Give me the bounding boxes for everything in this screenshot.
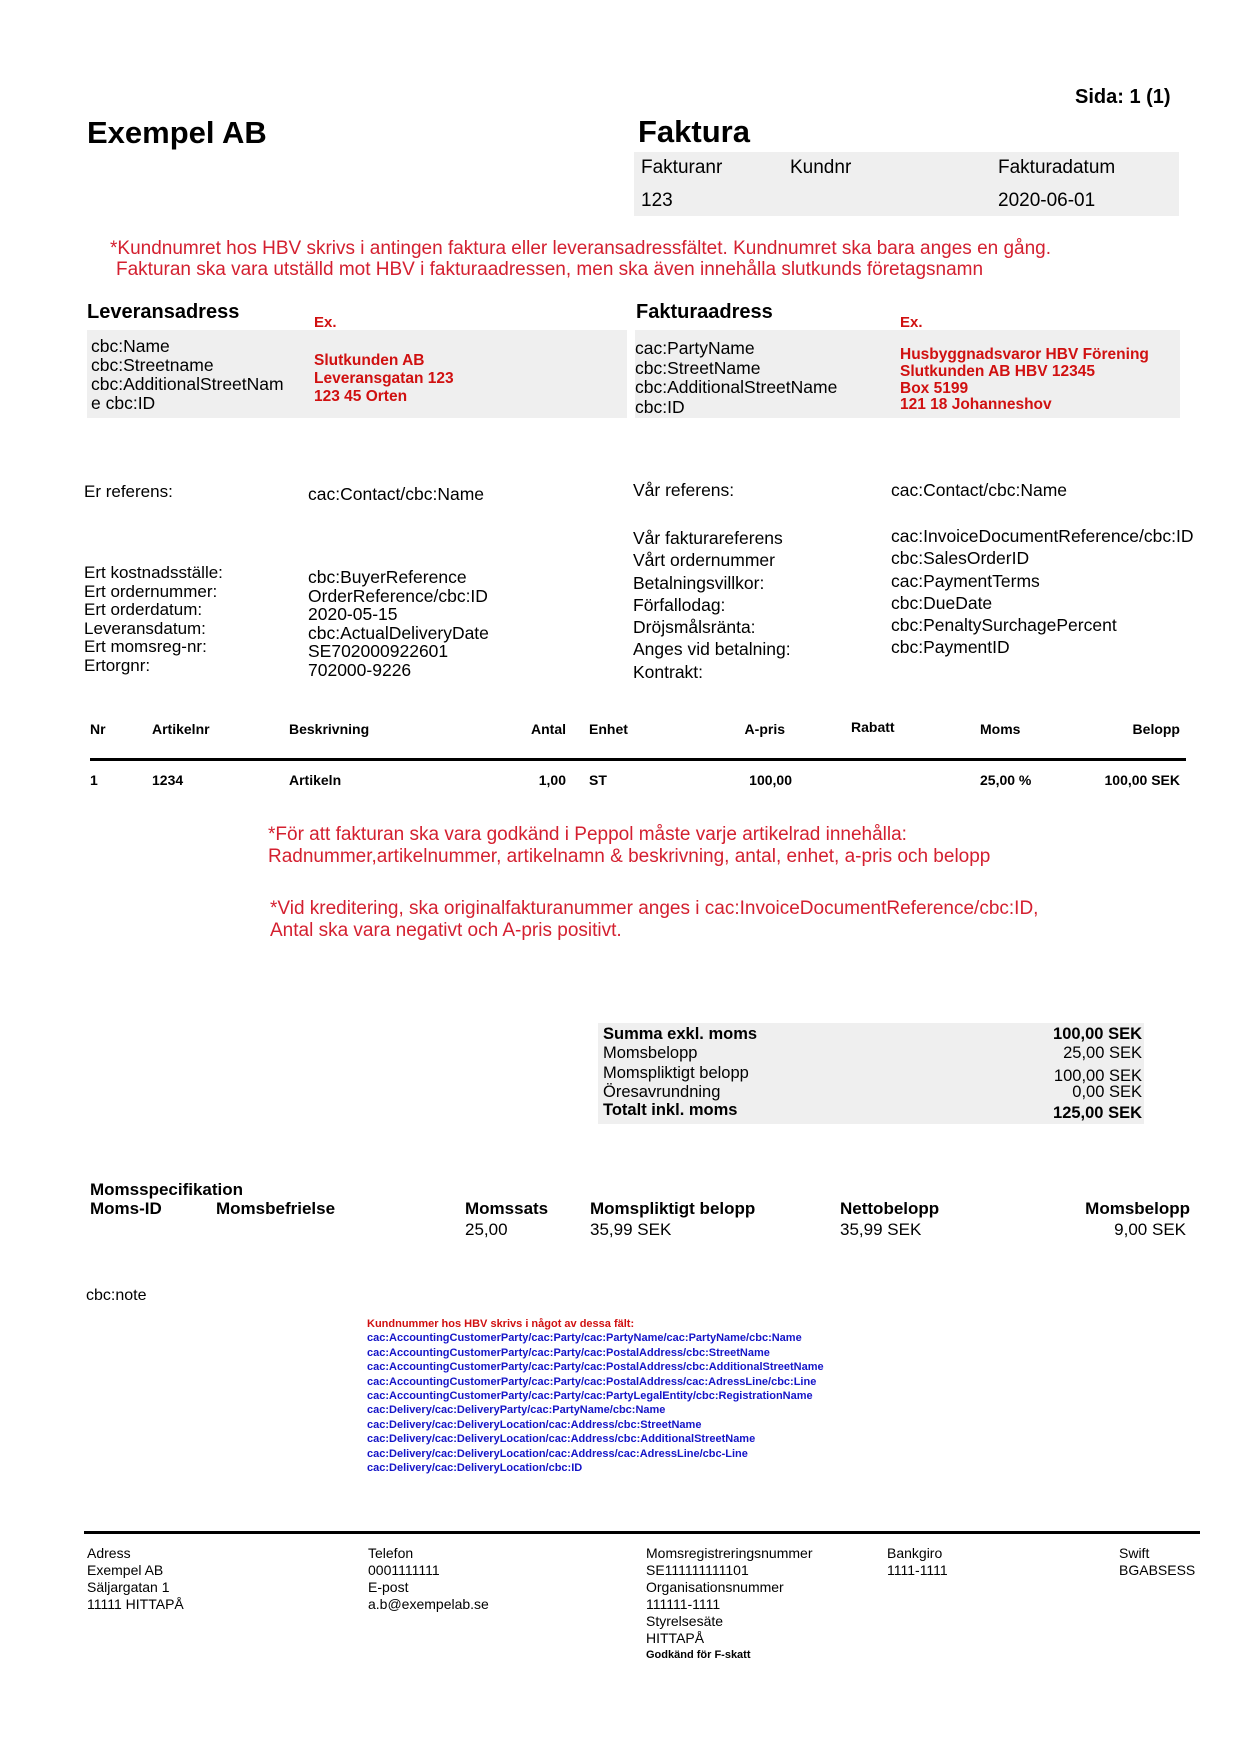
footer-registration: Momsregistreringsnummer SE111111111101 O… — [646, 1545, 812, 1664]
footer-email-link[interactable]: a.b@exempelab.se — [368, 1596, 489, 1613]
totals-value: 25,00 SEK — [1063, 1044, 1142, 1063]
delivery-address-fields: cbc:Name cbc:Streetname cbc:AdditionalSt… — [91, 337, 284, 413]
col-article-no: Artikelnr — [152, 721, 210, 737]
invoice-address-title: Fakturaadress — [636, 301, 773, 324]
totals-value: 100,00 SEK — [1053, 1025, 1142, 1044]
list-item: cac:Delivery/cac:DeliveryLocation/cac:Ad… — [367, 1447, 824, 1461]
col-vat: Moms — [980, 721, 1020, 737]
list-item: cac:AccountingCustomerParty/cac:Party/ca… — [367, 1360, 824, 1374]
list-item: cac:Delivery/cac:DeliveryLocation/cac:Ad… — [367, 1432, 824, 1446]
table-header-rule — [90, 758, 1186, 761]
totals-label: Momspliktigt belopp — [603, 1064, 749, 1083]
list-item: cac:AccountingCustomerParty/cac:Party/ca… — [367, 1389, 824, 1403]
totals-label: Totalt inkl. moms — [603, 1101, 737, 1120]
credit-notice: *Vid kreditering, ska originalfakturanum… — [270, 898, 1038, 942]
delivery-address-title: Leveransadress — [87, 301, 239, 324]
seller-reference-values: cac:InvoiceDocumentReference/cbc:ID cbc:… — [891, 525, 1194, 659]
vat-spec-title: Momsspecifikation — [90, 1180, 243, 1200]
buyer-reference-values: cbc:BuyerReference OrderReference/cbc:ID… — [308, 568, 489, 679]
invoice-example-label: Ex. — [900, 314, 923, 331]
your-reference-value: cac:Contact/cbc:Name — [308, 484, 484, 505]
hbv-field-list: Kundnummer hos HBV skrivs i något av des… — [367, 1317, 824, 1475]
footer-bankgiro: Bankgiro 1111-1111 — [887, 1545, 948, 1579]
col-description: Beskrivning — [289, 721, 369, 737]
col-quantity: Antal — [526, 721, 566, 737]
list-item: cac:Delivery/cac:DeliveryLocation/cac:Ad… — [367, 1418, 824, 1432]
totals-value: 0,00 SEK — [1072, 1083, 1142, 1102]
invoice-number-label: Fakturanr — [641, 157, 722, 179]
col-nr: Nr — [90, 721, 106, 737]
totals-label: Momsbelopp — [603, 1044, 697, 1063]
our-reference-value: cac:Contact/cbc:Name — [891, 480, 1067, 501]
list-item: cac:AccountingCustomerParty/cac:Party/ca… — [367, 1331, 824, 1345]
footer-address: Adress Exempel AB Säljargatan 1 11111 HI… — [87, 1545, 184, 1613]
invoice-address-fields: cac:PartyName cbc:StreetName cbc:Additio… — [635, 339, 837, 418]
customer-number-notice-1: *Kundnumret hos HBV skrivs i antingen fa… — [110, 238, 1051, 259]
note-label: cbc:note — [86, 1287, 146, 1305]
document-title: Faktura — [638, 114, 750, 150]
totals-value: 125,00 SEK — [1053, 1104, 1142, 1123]
our-reference-label: Vår referens: — [633, 480, 734, 501]
list-item: cac:AccountingCustomerParty/cac:Party/ca… — [367, 1346, 824, 1360]
totals-label: Öresavrundning — [603, 1083, 720, 1102]
your-reference-label: Er referens: — [84, 482, 173, 502]
invoice-number: 123 — [641, 190, 673, 212]
col-unit-price: A-pris — [733, 721, 785, 737]
footer-swift: Swift BGABSESS — [1119, 1545, 1195, 1579]
delivery-example-label: Ex. — [314, 314, 337, 331]
buyer-reference-labels: Ert kostnadsställe: Ert ordernummer: Ert… — [84, 564, 223, 675]
col-unit: Enhet — [589, 721, 628, 737]
seller-name: Exempel AB — [87, 115, 267, 151]
customer-number-notice-2: Fakturan ska vara utställd mot HBV i fak… — [116, 259, 983, 280]
list-item: cac:Delivery/cac:DeliveryParty/cac:Party… — [367, 1403, 824, 1417]
f-tax-approval: Godkänd för F-skatt — [646, 1647, 812, 1664]
col-amount: Belopp — [1100, 721, 1180, 737]
seller-reference-labels: Vår fakturareferens Vårt ordernummer Bet… — [633, 527, 791, 683]
list-item: cac:Delivery/cac:DeliveryLocation/cbc:ID — [367, 1461, 824, 1475]
totals-label: Summa exkl. moms — [603, 1025, 757, 1044]
page-number: Sida: 1 (1) — [1075, 86, 1171, 109]
invoice-date-label: Fakturadatum — [998, 157, 1115, 179]
customer-number-label: Kundnr — [790, 157, 851, 179]
delivery-address-example: Slutkunden AB Leveransgatan 123 123 45 O… — [314, 352, 454, 406]
hbv-field-heading: Kundnummer hos HBV skrivs i något av des… — [367, 1317, 824, 1331]
invoice-address-example: Husbyggnadsvaror HBV Förening Slutkunden… — [900, 347, 1149, 414]
footer-rule — [84, 1531, 1200, 1534]
list-item: cac:AccountingCustomerParty/cac:Party/ca… — [367, 1375, 824, 1389]
peppol-notice: *För att fakturan ska vara godkänd i Pep… — [268, 824, 990, 868]
invoice-date: 2020-06-01 — [998, 190, 1095, 212]
footer-contact: Telefon 0001111111 E-post a.b@exempelab.… — [368, 1545, 489, 1613]
col-discount: Rabatt — [851, 719, 895, 735]
